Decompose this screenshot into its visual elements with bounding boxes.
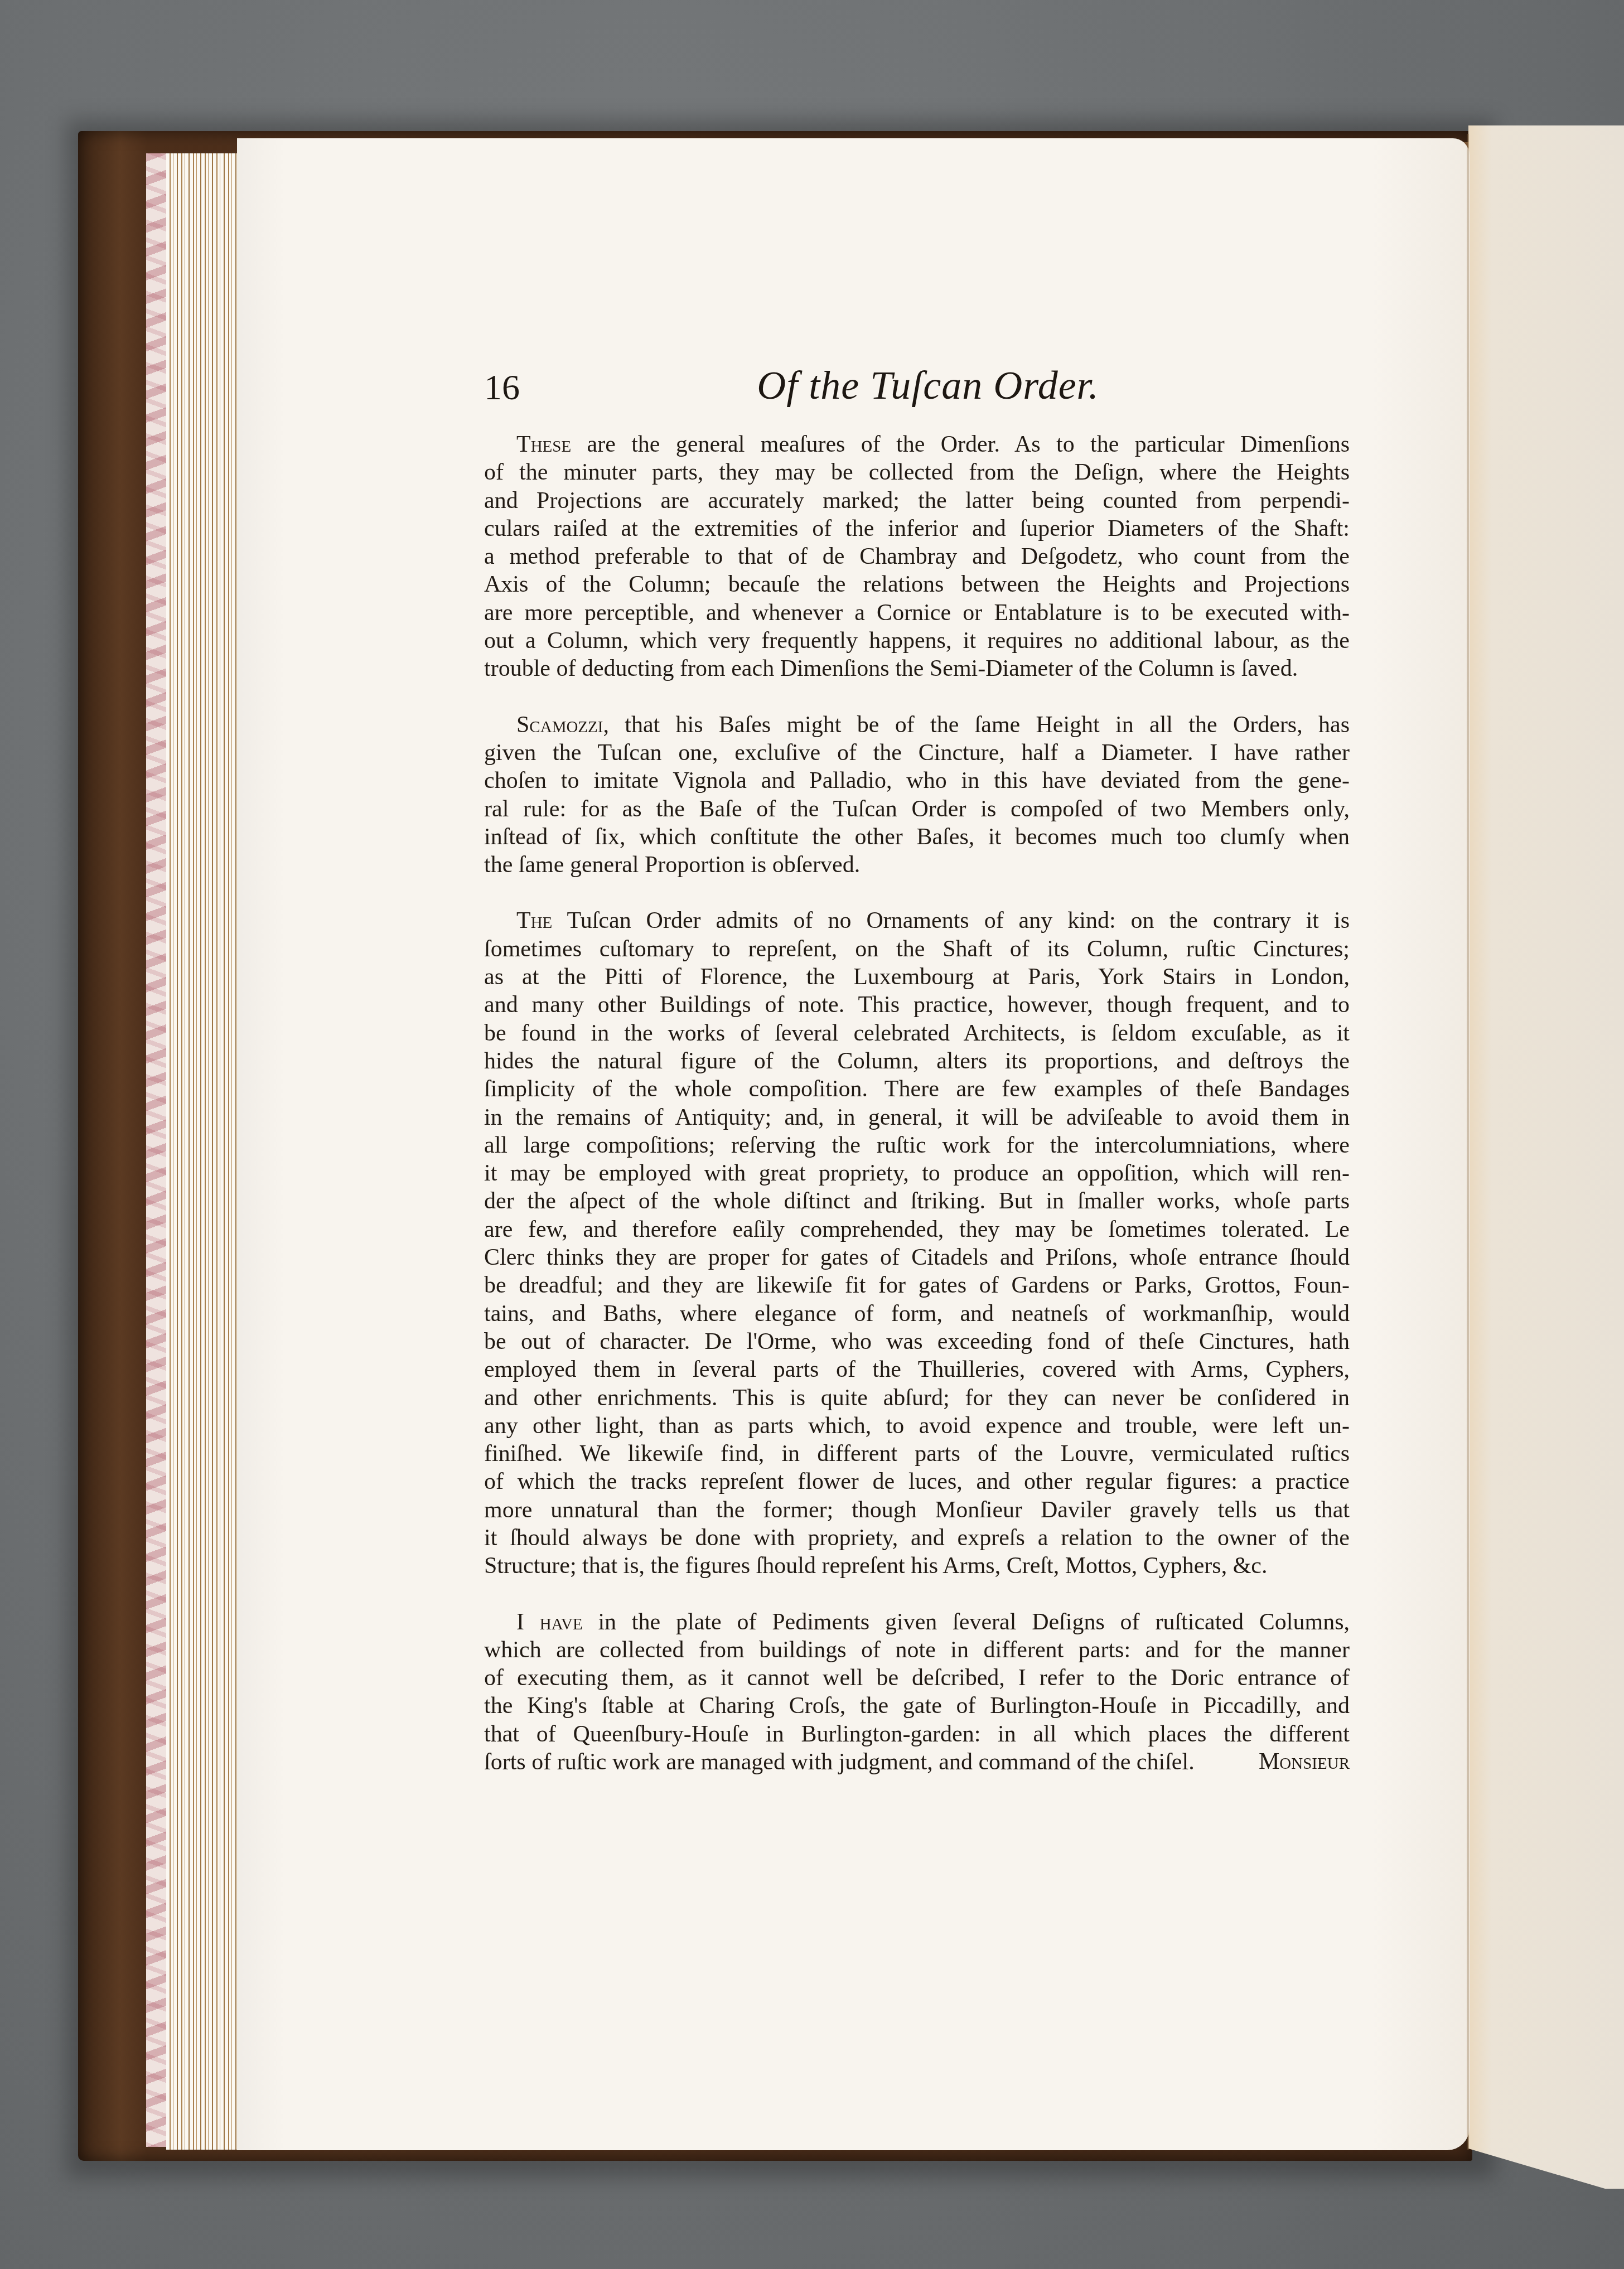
text-line: in the remains of Antiquity; and, in gen… bbox=[484, 1104, 1350, 1131]
text-line: ral rule: for as the Baſe of the Tuſcan … bbox=[484, 795, 1350, 823]
text-line: the King's ſtable at Charing Croſs, the … bbox=[484, 1692, 1350, 1720]
text-line: are more perceptible, and whenever a Cor… bbox=[484, 599, 1350, 627]
catchword: Monsieur bbox=[484, 1748, 1350, 1775]
text-line: any other light, than as parts which, to… bbox=[484, 1412, 1350, 1440]
paragraph: The Tuſcan Order admits of no Ornaments … bbox=[484, 907, 1350, 1580]
running-title: Of the Tuſcan Order. bbox=[484, 362, 1350, 409]
paragraph: Scamozzi, that his Baſes might be of the… bbox=[484, 711, 1350, 879]
body-text: These are the general meaſures of the Or… bbox=[484, 430, 1350, 1776]
text-line: more unnatural than the former; though M… bbox=[484, 1496, 1350, 1524]
text-line: choſen to imitate Vignola and Palladio, … bbox=[484, 767, 1350, 795]
text-line: trouble of deducting from each Dimenſion… bbox=[484, 655, 1350, 683]
text-line: of the minuter parts, they may be collec… bbox=[484, 458, 1350, 486]
text-line: The Tuſcan Order admits of no Ornaments … bbox=[484, 907, 1350, 935]
text-line: inſtead of ſix, which conſtitute the oth… bbox=[484, 823, 1350, 851]
text-line: ſometimes cuſtomary to repreſent, on the… bbox=[484, 935, 1350, 963]
text-line: of which the tracks repreſent flower de … bbox=[484, 1468, 1350, 1496]
gutter bbox=[1467, 134, 1469, 2150]
text-line: that of Queenſbury-Houſe in Burlington-g… bbox=[484, 1720, 1350, 1748]
text-line: and many other Buildings of note. This p… bbox=[484, 991, 1350, 1019]
paragraph-lead-small-caps: These bbox=[516, 432, 571, 457]
text-line: the ſame general Proportion is obſerved. bbox=[484, 851, 1350, 879]
text-line: I have in the plate of Pediments given ſ… bbox=[484, 1608, 1350, 1636]
text-line: and other enrichments. This is quite abſ… bbox=[484, 1384, 1350, 1412]
text-line: a method preferable to that of de Chambr… bbox=[484, 543, 1350, 570]
text-line: Scamozzi, that his Baſes might be of the… bbox=[484, 711, 1350, 739]
text-line: are few, and therefore eaſily comprehend… bbox=[484, 1216, 1350, 1244]
running-head: 16 Of the Tuſcan Order. bbox=[484, 362, 1350, 413]
text-line: as at the Pitti of Florence, the Luxembo… bbox=[484, 963, 1350, 991]
text-line: it may be employed with great propriety,… bbox=[484, 1159, 1350, 1187]
text-line: Axis of the Column; becauſe the relation… bbox=[484, 570, 1350, 598]
text-line: finiſhed. We likewiſe find, in different… bbox=[484, 1440, 1350, 1468]
text-line: der the aſpect of the whole diſtinct and… bbox=[484, 1187, 1350, 1215]
text-line: employed them in ſeveral parts of the Th… bbox=[484, 1356, 1350, 1383]
paragraph-lead-small-caps: I have bbox=[516, 1609, 583, 1635]
text-line: tains, and Baths, where elegance of form… bbox=[484, 1300, 1350, 1328]
text-line: out a Column, which very frequently happ… bbox=[484, 627, 1350, 655]
text-line: culars raiſed at the extremities of the … bbox=[484, 515, 1350, 543]
text-line: be found in the works of ſeveral celebra… bbox=[484, 1019, 1350, 1047]
text-line: ſimplicity of the whole compoſition. The… bbox=[484, 1075, 1350, 1103]
text-line: hides the natural figure of the Column, … bbox=[484, 1047, 1350, 1075]
text-line: be dreadful; and they are likewiſe fit f… bbox=[484, 1271, 1350, 1299]
paragraph-lead-small-caps: The bbox=[516, 908, 552, 933]
text-line: it ſhould always be done with propriety,… bbox=[484, 1524, 1350, 1552]
paragraph-lead-small-caps: Scamozzi bbox=[516, 712, 603, 738]
text-line: which are collected from buildings of no… bbox=[484, 1636, 1350, 1664]
text-line: be out of character. De l'Orme, who was … bbox=[484, 1328, 1350, 1356]
paragraph: These are the general meaſures of the Or… bbox=[484, 430, 1350, 683]
text-line: Clerc thinks they are proper for gates o… bbox=[484, 1244, 1350, 1271]
text-line: given the Tuſcan one, excluſive of the C… bbox=[484, 739, 1350, 767]
text-line: These are the general meaſures of the Or… bbox=[484, 430, 1350, 458]
page-edge-stack bbox=[166, 153, 239, 2150]
facing-page-blank bbox=[1468, 125, 1624, 2189]
text-line: of executing them, as it cannot well be … bbox=[484, 1664, 1350, 1692]
text-line: Structure; that is, the figures ſhould r… bbox=[484, 1552, 1350, 1580]
marbled-endpaper bbox=[146, 153, 166, 2147]
text-line: all large compoſitions; reſerving the ru… bbox=[484, 1131, 1350, 1159]
text-line: and Projections are accurately marked; t… bbox=[484, 487, 1350, 515]
